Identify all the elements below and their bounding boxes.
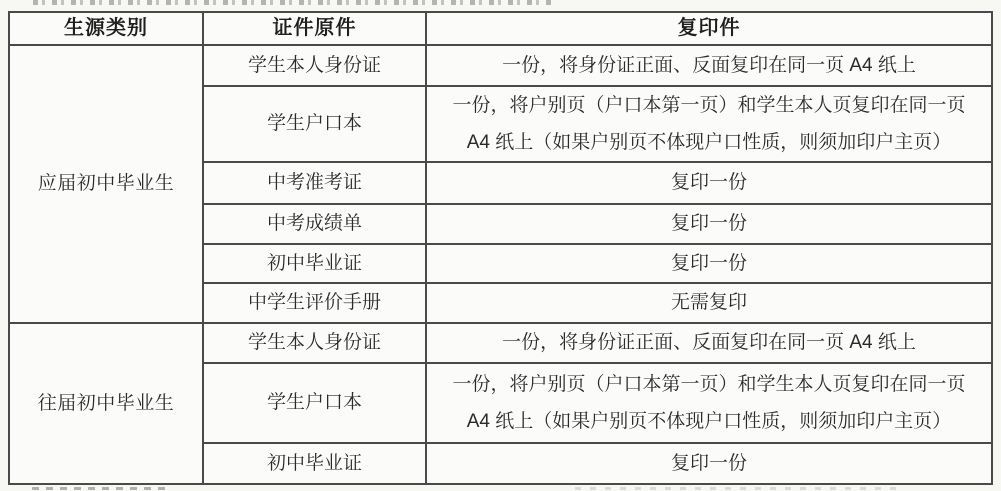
table-row: 应届初中毕业生 学生本人身份证 一份，将身份证正面、反面复印在同一页 A4 纸上 [9, 45, 992, 86]
original-document-cell: 中考准考证 [203, 162, 426, 204]
copy-instruction-cell: 复印一份 [426, 244, 992, 283]
original-document-cell: 中学生评价手册 [203, 283, 426, 323]
copy-instruction-cell: 一份，将户别页（户口本第一页）和学生本人页复印在同一页 A4 纸上（如果户别页不… [426, 363, 992, 443]
scanned-document-page: { "colors": { "border": "#4a4a4a", "text… [0, 0, 1001, 491]
table-row: 往届初中毕业生 学生本人身份证 一份，将身份证正面、反面复印在同一页 A4 纸上 [9, 323, 992, 363]
original-document-cell: 初中毕业证 [203, 244, 426, 283]
category-cell-previous-graduates: 往届初中毕业生 [9, 323, 203, 484]
header-original-documents: 证件原件 [203, 12, 426, 45]
copy-instruction-cell: 无需复印 [426, 283, 992, 323]
category-cell-current-graduates: 应届初中毕业生 [9, 45, 203, 323]
original-document-cell: 学生本人身份证 [203, 323, 426, 363]
original-document-cell: 学生户口本 [203, 86, 426, 162]
cropped-text-top [33, 0, 553, 5]
copy-instruction-cell: 一份，将身份证正面、反面复印在同一页 A4 纸上 [426, 45, 992, 86]
copy-instruction-cell: 一份，将身份证正面、反面复印在同一页 A4 纸上 [426, 323, 992, 363]
copy-instruction-cell: 复印一份 [426, 162, 992, 204]
copy-instruction-cell: 一份，将户别页（户口本第一页）和学生本人页复印在同一页 A4 纸上（如果户别页不… [426, 86, 992, 162]
original-document-cell: 学生本人身份证 [203, 45, 426, 86]
copy-instruction-line: A4 纸上（如果户别页不体现户口性质，则须加印户主页） [433, 403, 985, 440]
original-document-cell: 初中毕业证 [203, 443, 426, 484]
copy-instruction-cell: 复印一份 [426, 204, 992, 244]
header-photocopies: 复印件 [426, 12, 992, 45]
header-row: 生源类别 证件原件 复印件 [9, 12, 992, 45]
cropped-text-bottom-faint [575, 487, 905, 490]
copy-instruction-line: 一份，将户别页（户口本第一页）和学生本人页复印在同一页 [433, 366, 985, 403]
original-document-cell: 中考成绩单 [203, 204, 426, 244]
original-document-cell: 学生户口本 [203, 363, 426, 443]
document-requirements-table: 生源类别 证件原件 复印件 应届初中毕业生 学生本人身份证 一份，将身份证正面、… [8, 11, 993, 485]
copy-instruction-cell: 复印一份 [426, 443, 992, 484]
copy-instruction-line: 一份，将户别页（户口本第一页）和学生本人页复印在同一页 [433, 87, 985, 124]
cropped-text-bottom [32, 487, 172, 490]
copy-instruction-line: A4 纸上（如果户别页不体现户口性质，则须加印户主页） [433, 124, 985, 161]
header-source-category: 生源类别 [9, 12, 203, 45]
